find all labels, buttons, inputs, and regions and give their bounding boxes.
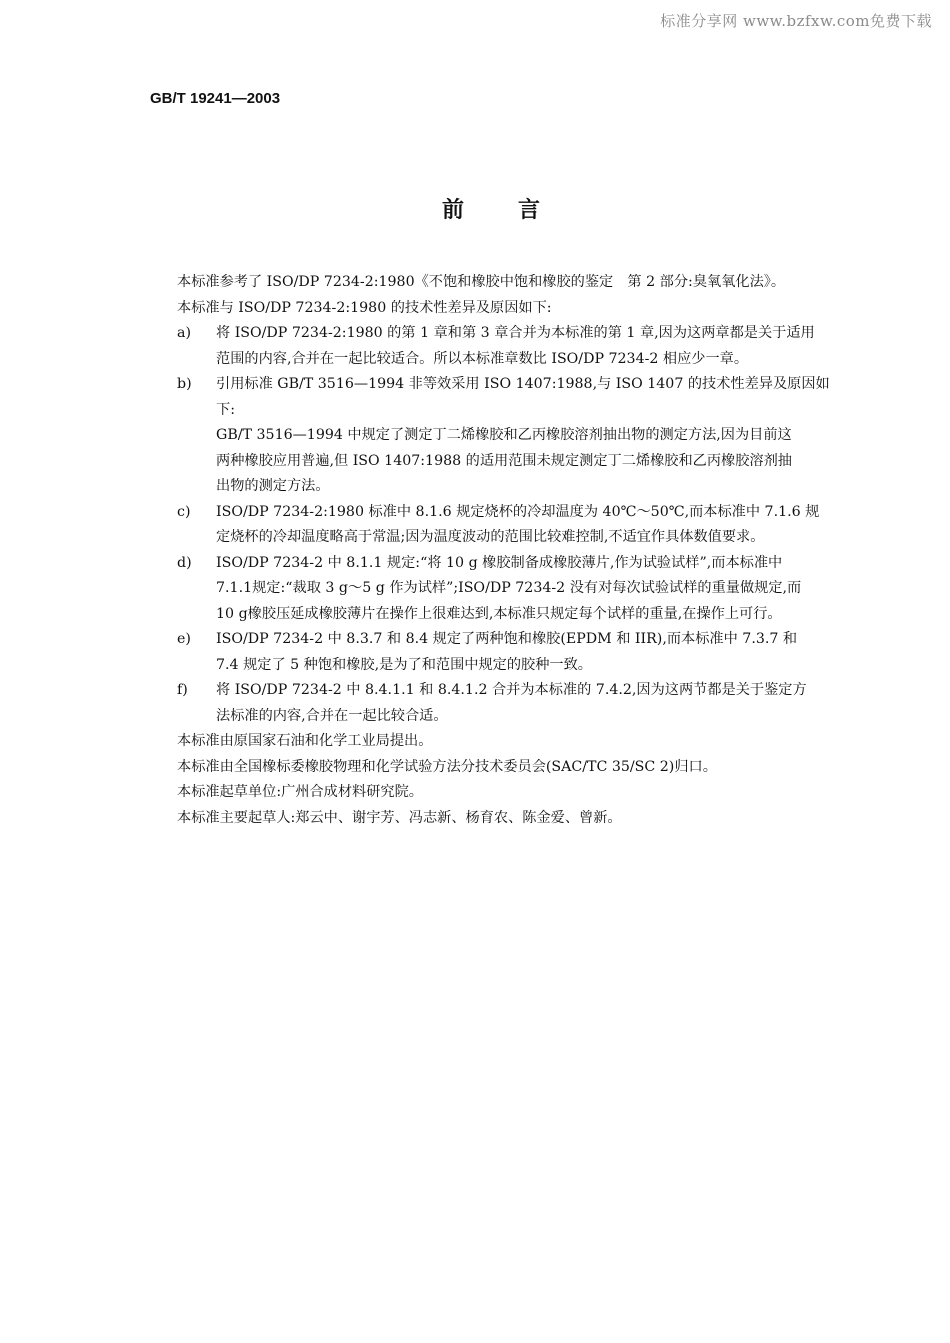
text-line: 10 g橡胶压延成橡胶薄片在操作上很难达到,本标准只规定每个试样的重量,在操作上…: [216, 602, 887, 628]
text-line: 法标准的内容,合并在一起比较合适。: [216, 704, 887, 730]
foreword-body: 本标准参考了 ISO/DP 7234-2:1980《不饱和橡胶中饱和橡胶的鉴定 …: [177, 270, 887, 831]
text-line: ISO/DP 7234-2 中 8.1.1 规定:“将 10 g 橡胶制备成橡胶…: [216, 551, 887, 577]
text-line: 出物的测定方法。: [216, 474, 887, 500]
text-line: ISO/DP 7234-2 中 8.3.7 和 8.4 规定了两种饱和橡胶(EP…: [216, 627, 887, 653]
list-item-label: d): [177, 551, 216, 628]
list-item-text: 将 ISO/DP 7234-2:1980 的第 1 章和第 3 章合并为本标准的…: [216, 321, 887, 372]
list-item-b: b) 引用标准 GB/T 3516—1994 非等效采用 ISO 1407:19…: [177, 372, 887, 500]
list-item-label: a): [177, 321, 216, 372]
list-item-text: ISO/DP 7234-2:1980 标准中 8.1.6 规定烧杯的冷却温度为 …: [216, 500, 887, 551]
text-line: 将 ISO/DP 7234-2:1980 的第 1 章和第 3 章合并为本标准的…: [216, 321, 887, 347]
intro-paragraph: 本标准与 ISO/DP 7234-2:1980 的技术性差异及原因如下:: [177, 296, 887, 322]
closing-paragraph: 本标准由原国家石油和化学工业局提出。: [177, 729, 887, 755]
list-item-label: b): [177, 372, 216, 500]
list-item-label: c): [177, 500, 216, 551]
list-item-f: f) 将 ISO/DP 7234-2 中 8.4.1.1 和 8.4.1.2 合…: [177, 678, 887, 729]
list-item-text: 将 ISO/DP 7234-2 中 8.4.1.1 和 8.4.1.2 合并为本…: [216, 678, 887, 729]
text-line: 将 ISO/DP 7234-2 中 8.4.1.1 和 8.4.1.2 合并为本…: [216, 678, 887, 704]
text-line: 定烧杯的冷却温度略高于常温;因为温度波动的范围比较难控制,不适宜作具体数值要求。: [216, 525, 887, 551]
text-line: 7.1.1规定:“裁取 3 g～5 g 作为试样”;ISO/DP 7234-2 …: [216, 576, 887, 602]
text-line: 两种橡胶应用普遍,但 ISO 1407:1988 的适用范围未规定测定丁二烯橡胶…: [216, 449, 887, 475]
text-line: ISO/DP 7234-2:1980 标准中 8.1.6 规定烧杯的冷却温度为 …: [216, 500, 887, 526]
list-item-text: ISO/DP 7234-2 中 8.3.7 和 8.4 规定了两种饱和橡胶(EP…: [216, 627, 887, 678]
text-line: 引用标准 GB/T 3516—1994 非等效采用 ISO 1407:1988,…: [216, 372, 887, 398]
list-item-text: ISO/DP 7234-2 中 8.1.1 规定:“将 10 g 橡胶制备成橡胶…: [216, 551, 887, 628]
standard-code: GB/T 19241—2003: [150, 90, 280, 107]
text-line: 范围的内容,合并在一起比较适合。所以本标准章数比 ISO/DP 7234-2 相…: [216, 347, 887, 373]
text-line: GB/T 3516—1994 中规定了测定丁二烯橡胶和乙丙橡胶溶剂抽出物的测定方…: [216, 423, 887, 449]
list-item-e: e) ISO/DP 7234-2 中 8.3.7 和 8.4 规定了两种饱和橡胶…: [177, 627, 887, 678]
watermark: 标准分享网 www.bzfxw.com免费下载: [660, 10, 932, 31]
list-item-c: c) ISO/DP 7234-2:1980 标准中 8.1.6 规定烧杯的冷却温…: [177, 500, 887, 551]
list-item-label: f): [177, 678, 216, 729]
closing-paragraph: 本标准由全国橡标委橡胶物理和化学试验方法分技术委员会(SAC/TC 35/SC …: [177, 755, 887, 781]
intro-paragraph: 本标准参考了 ISO/DP 7234-2:1980《不饱和橡胶中饱和橡胶的鉴定 …: [177, 270, 887, 296]
text-line: 7.4 规定了 5 种饱和橡胶,是为了和范围中规定的胶种一致。: [216, 653, 887, 679]
closing-paragraph: 本标准起草单位:广州合成材料研究院。: [177, 780, 887, 806]
text-line: 下:: [216, 398, 887, 424]
page-title: 前言: [0, 193, 950, 224]
list-item-d: d) ISO/DP 7234-2 中 8.1.1 规定:“将 10 g 橡胶制备…: [177, 551, 887, 628]
list-item-label: e): [177, 627, 216, 678]
list-item-a: a) 将 ISO/DP 7234-2:1980 的第 1 章和第 3 章合并为本…: [177, 321, 887, 372]
list-item-text: 引用标准 GB/T 3516—1994 非等效采用 ISO 1407:1988,…: [216, 372, 887, 500]
closing-paragraph: 本标准主要起草人:郑云中、谢宇芳、冯志新、杨育农、陈金爱、曾新。: [177, 806, 887, 832]
